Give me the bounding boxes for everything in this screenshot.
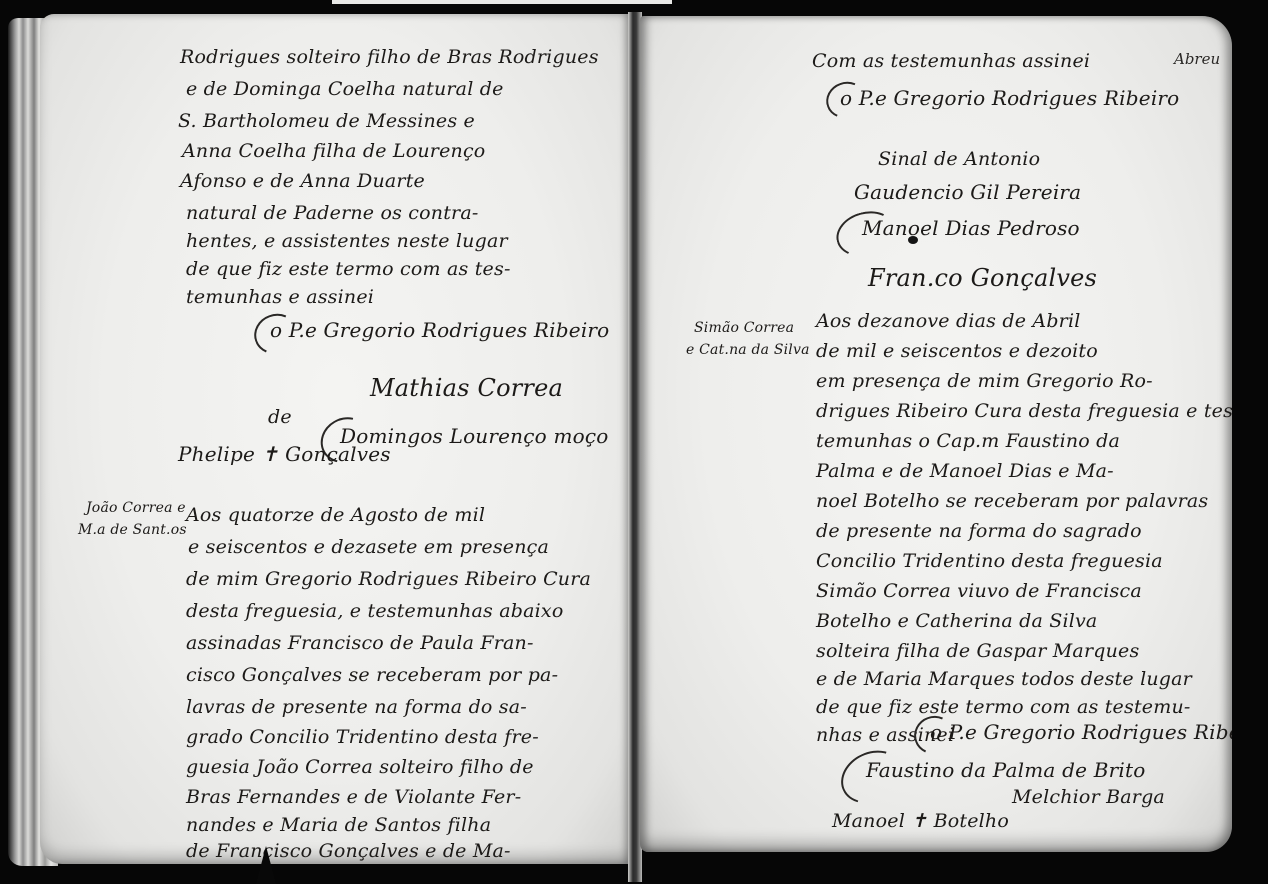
text-line: desta freguesia, e testemunhas abaixo (186, 600, 563, 622)
text-line: temunhas o Cap.m Faustino da (816, 430, 1120, 452)
text-line: lavras de presente na forma do sa- (186, 696, 527, 718)
text-line: solteira filha de Gaspar Marques (816, 640, 1139, 662)
witness-signature: Fran.co Gonçalves (868, 264, 1097, 292)
priest-signature: o P.e Gregorio Rodrigues Ribeiro (930, 720, 1232, 744)
text-line: assinadas Francisco de Paula Fran- (186, 632, 534, 654)
witness-signature: Melchior Barga (1012, 786, 1165, 808)
mark-signature: Phelipe ✝ Gonçalves (178, 442, 391, 466)
priest-signature: o P.e Gregorio Rodrigues Ribeiro (840, 86, 1179, 110)
text-line: Simão Correa viuvo de Francisca (816, 580, 1142, 602)
ink-blot (908, 236, 918, 244)
text-line: Botelho e Catherina da Silva (816, 610, 1097, 632)
mark-signature: Manoel ✝ Botelho (832, 810, 1009, 832)
text-line: de Francisco Gonçalves e de Ma- (186, 840, 511, 862)
text-line: Aos dezanove dias de Abril (816, 310, 1081, 332)
witness-signature: Gaudencio Gil Pereira (854, 180, 1081, 204)
text-line: Palma e de Manoel Dias e Ma- (816, 460, 1114, 482)
text-line: e seiscentos e dezasete em presença (188, 536, 549, 558)
text-line: Rodrigues solteiro filho de Bras Rodrigu… (180, 46, 599, 68)
book-spread-photo: Rodrigues solteiro filho de Bras Rodrigu… (0, 0, 1268, 884)
text-line: de presente na forma do sagrado (816, 520, 1142, 542)
text-line: e de Dominga Coelha natural de (186, 78, 504, 100)
text-line: Aos quatorze de Agosto de mil (186, 504, 485, 526)
text-line: de que fiz este termo com as tes- (186, 258, 511, 280)
text-line: noel Botelho se receberam por palavras (816, 490, 1208, 512)
witness-signature: Mathias Correa (370, 374, 563, 402)
text-line: Afonso e de Anna Duarte (180, 170, 425, 192)
text-line: Bras Fernandes e de Violante Fer- (186, 786, 521, 808)
text-line: natural de Paderne os contra- (186, 202, 479, 224)
text-line: drigues Ribeiro Cura desta freguesia e t… (816, 400, 1232, 422)
text-line: de que fiz este termo com as testemu- (816, 696, 1191, 718)
text-line: Anna Coelha filha de Lourenço (182, 140, 485, 162)
text-line: hentes, e assistentes neste lugar (186, 230, 508, 252)
text-line: e de Maria Marques todos deste lugar (816, 668, 1192, 690)
witness-signature: Sinal de Antonio (878, 148, 1040, 170)
left-page: Rodrigues solteiro filho de Bras Rodrigu… (40, 14, 632, 864)
witness-signature: Faustino da Palma de Brito (866, 758, 1145, 782)
margin-note: M.a de Sant.os (78, 522, 187, 538)
text-line: em presença de mim Gregorio Ro- (816, 370, 1153, 392)
margin-note: Simão Correa (694, 320, 794, 336)
text-line: nandes e Maria de Santos filha (186, 814, 491, 836)
signature-flourish (832, 741, 911, 813)
margin-note: João Correa e (86, 500, 186, 516)
corner-note: Abreu (1174, 50, 1220, 68)
mark-label: de (268, 406, 292, 428)
text-line: Concilio Tridentino desta freguesia (816, 550, 1163, 572)
text-line: grado Concilio Tridentino desta fre- (186, 726, 539, 748)
text-line: Com as testemunhas assinei (812, 50, 1090, 72)
priest-signature: o P.e Gregorio Rodrigues Ribeiro (270, 318, 609, 342)
text-line: de mil e seiscentos e dezoito (816, 340, 1098, 362)
text-line: temunhas e assinei (186, 286, 374, 308)
film-edge-strip (332, 0, 672, 4)
signature-flourish (248, 308, 303, 361)
text-line: S. Bartholomeu de Messines e (178, 110, 475, 132)
margin-note: e Cat.na da Silva (686, 342, 810, 358)
text-line: cisco Gonçalves se receberam por pa- (186, 664, 558, 686)
signature-flourish (831, 205, 900, 263)
signature-flourish (821, 76, 871, 124)
text-line: guesia João Correa solteiro filho de (186, 756, 534, 778)
right-page: Abreu Com as testemunhas assinei o P.e G… (640, 16, 1232, 852)
text-line: de mim Gregorio Rodrigues Ribeiro Cura (186, 568, 591, 590)
